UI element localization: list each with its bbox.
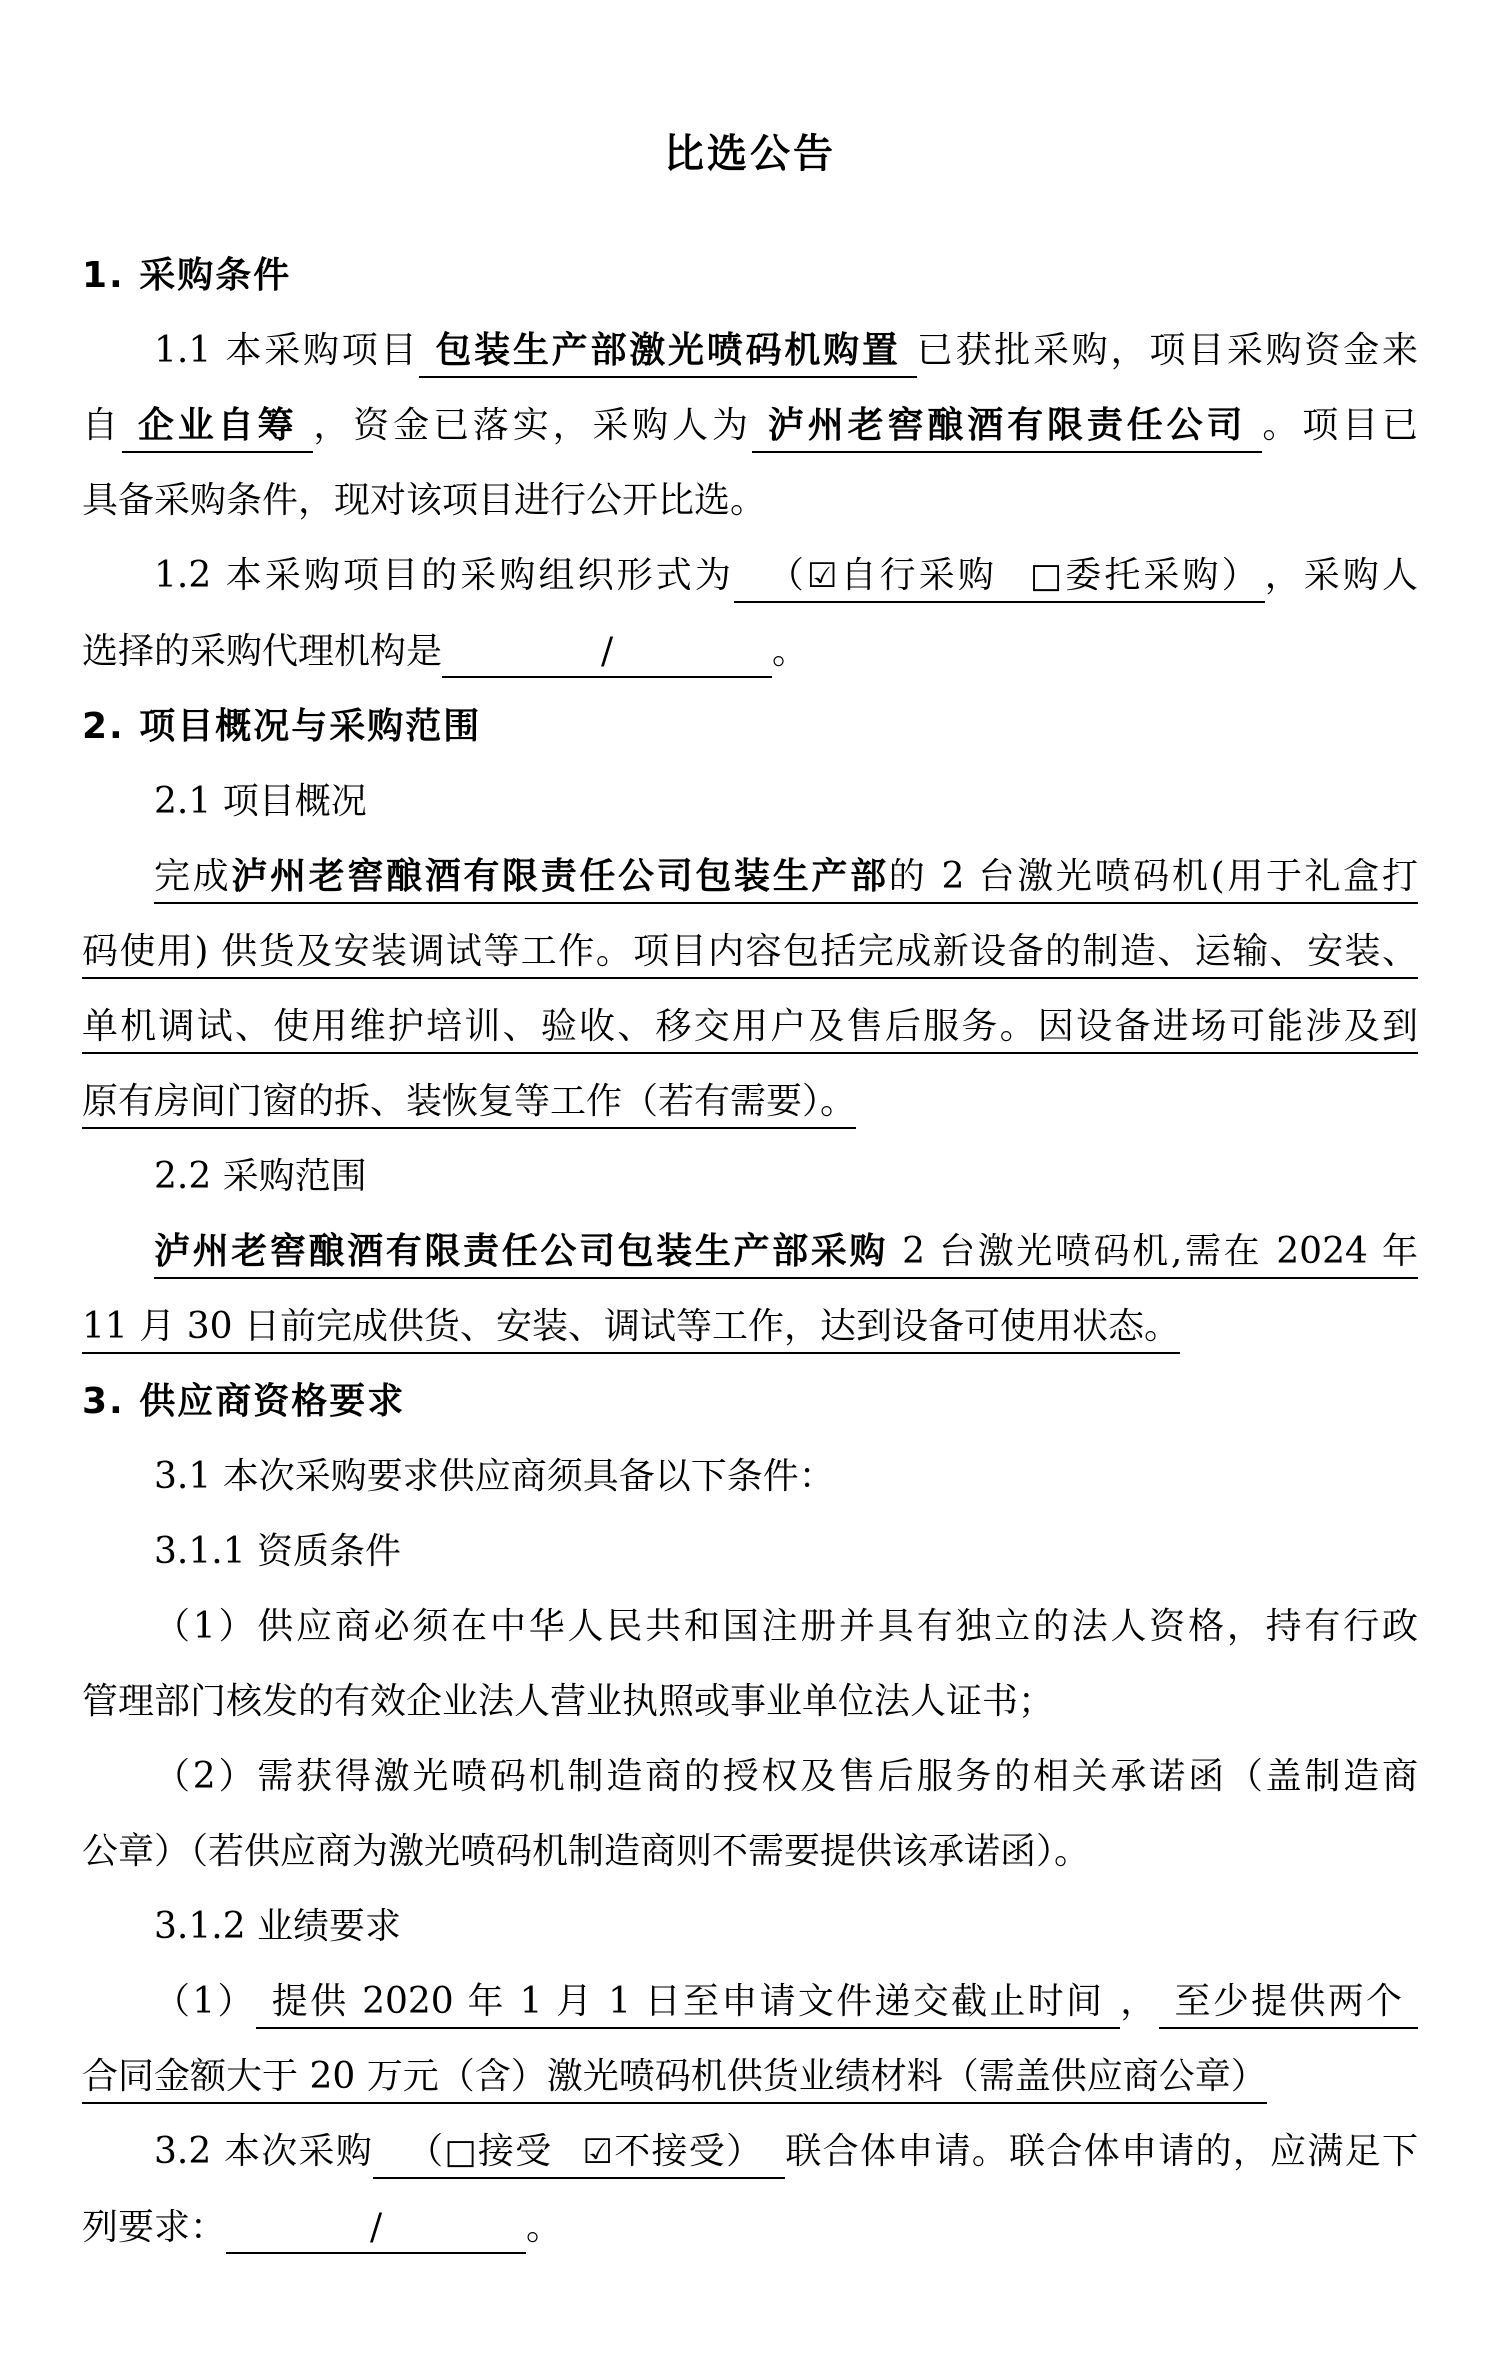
performance-text: ， <box>1120 1981 1158 2022</box>
overview-purchaser-bold: 泸州老窖酿酒有限责任公司包装生产部 <box>231 855 888 904</box>
scope-text: 11 月 30 日前完成供货、安装、调试等工作，达到设备可使用状态。 <box>82 1306 1180 1354</box>
clause-1-1-text: 自 <box>82 405 122 446</box>
qualification-item-1-line-2: 管理部门核发的有效企业法人营业执照或事业单位法人证书； <box>82 1664 1418 1739</box>
section-3-heading: 3. 供应商资格要求 <box>82 1364 1418 1439</box>
clause-3-2-text: 联合体申请。联合体申请的，应满足下 <box>785 2131 1418 2172</box>
performance-text: （1） <box>154 1981 256 2022</box>
clause-1-1-line-3: 具备采购条件，现对该项目进行公开比选。 <box>82 463 1418 538</box>
option-reject-label: 不接受 <box>613 2131 726 2172</box>
qualification-item-2-line-1: （2）需获得激光喷码机制造商的授权及售后服务的相关承诺函（盖制造商 <box>82 1739 1418 1814</box>
scope-text: 2 台激光喷码机,需在 2024 年 <box>888 1231 1418 1279</box>
overview-text: 单机调试、使用维护培训、验收、移交用户及售后服务。因设备进场可能涉及到 <box>82 1006 1418 1054</box>
clause-1-1-text: ，资金已落实，采购人为 <box>313 405 752 446</box>
clause-1-2-line-2: 选择的采购代理机构是/。 <box>82 614 1418 689</box>
close-paren: ） <box>726 2131 763 2172</box>
checkbox-unchecked-icon: □ <box>1027 556 1065 596</box>
clause-1-1-text: 1.1 本采购项目 <box>154 330 419 371</box>
subsection-2-1-heading: 2.1 项目概况 <box>82 764 1418 839</box>
blank-funding-source: 企业自筹 <box>122 404 313 453</box>
clause-3-2-line-2: 列要求：/。 <box>82 2190 1418 2265</box>
project-overview-line-1: 完成泸州老窖酿酒有限责任公司包装生产部的 2 台激光喷码机(用于礼盒打 <box>82 839 1418 914</box>
blank-performance-requirement: 合同金额大于 20 万元（含）激光喷码机供货业绩材料（需盖供应商公章） <box>82 2056 1267 2104</box>
clause-1-1-text: 。项目已 <box>1262 405 1418 446</box>
blank-performance-period: 提供 2020 年 1 月 1 日至申请文件递交截止时间 <box>256 1981 1120 2029</box>
checkbox-checked-icon: ☑ <box>807 556 837 596</box>
clause-1-2-text: 选择的采购代理机构是 <box>82 631 442 672</box>
consortium-options: （□接受☑不接受） <box>373 2131 785 2179</box>
scope-purchaser-bold: 泸州老窖酿酒有限责任公司包装生产部采购 <box>154 1230 888 1279</box>
subsection-2-2-heading: 2.2 采购范围 <box>82 1139 1418 1214</box>
qualification-item-2-line-2: 公章）（若供应商为激光喷码机制造商则不需要提供该承诺函）。 <box>82 1814 1418 1889</box>
subsection-3-1-2-heading: 3.1.2 业绩要求 <box>82 1889 1418 1964</box>
procurement-form-options: （☑自行采购□委托采购） <box>734 555 1265 603</box>
clause-1-2-text: 。 <box>772 631 808 672</box>
clause-3-2-text: 3.2 本次采购 <box>154 2131 373 2172</box>
subsection-3-1-heading: 3.1 本次采购要求供应商须具备以下条件： <box>82 1439 1418 1514</box>
open-paren: （ <box>407 2131 444 2172</box>
clause-3-2-text: 列要求： <box>82 2207 226 2248</box>
document-page: 比选公告 1. 采购条件 1.1 本采购项目包装生产部激光喷码机购置已获批采购，… <box>0 0 1500 2325</box>
clause-1-1-line-1: 1.1 本采购项目包装生产部激光喷码机购置已获批采购，项目采购资金来 <box>82 313 1418 388</box>
clause-1-2-line-1: 1.2 本采购项目的采购组织形式为（☑自行采购□委托采购），采购人 <box>82 538 1418 614</box>
option-entrusted-procurement-label: 委托采购 <box>1065 555 1221 596</box>
blank-performance-requirement: 至少提供两个 <box>1159 1981 1418 2029</box>
blank-purchaser-name: 泸州老窖酿酒有限责任公司 <box>752 404 1262 453</box>
option-self-procurement-label: 自行采购 <box>838 555 997 596</box>
performance-item-1-line-2: 合同金额大于 20 万元（含）激光喷码机供货业绩材料（需盖供应商公章） <box>82 2039 1418 2114</box>
project-overview-line-4: 原有房间门窗的拆、装恢复等工作（若有需要）。 <box>82 1064 1418 1139</box>
project-overview-line-3: 单机调试、使用维护培训、验收、移交用户及售后服务。因设备进场可能涉及到 <box>82 989 1418 1064</box>
overview-text: 码使用) 供货及安装调试等工作。项目内容包括完成新设备的制造、运输、安装、 <box>82 931 1418 979</box>
clause-1-1-text: 已获批采购，项目采购资金来 <box>917 330 1418 371</box>
procurement-scope-line-2: 11 月 30 日前完成供货、安装、调试等工作，达到设备可使用状态。 <box>82 1289 1418 1364</box>
overview-text: 原有房间门窗的拆、装恢复等工作（若有需要）。 <box>82 1081 856 1129</box>
blank-agency-name: / <box>442 628 772 678</box>
overview-text: 完成 <box>154 856 231 904</box>
option-accept-label: 接受 <box>478 2131 553 2172</box>
clause-3-2-text: 。 <box>526 2207 562 2248</box>
document-title: 比选公告 <box>82 112 1418 196</box>
qualification-item-1-line-1: （1）供应商必须在中华人民共和国注册并具有独立的法人资格，持有行政 <box>82 1589 1418 1664</box>
blank-project-name: 包装生产部激光喷码机购置 <box>419 329 916 378</box>
subsection-3-1-1-heading: 3.1.1 资质条件 <box>82 1514 1418 1589</box>
section-1-heading: 1. 采购条件 <box>82 238 1418 313</box>
procurement-scope-line-1: 泸州老窖酿酒有限责任公司包装生产部采购 2 台激光喷码机,需在 2024 年 <box>82 1214 1418 1289</box>
checkbox-checked-icon: ☑ <box>582 2132 612 2172</box>
clause-1-2-text: 1.2 本采购项目的采购组织形式为 <box>154 555 734 596</box>
performance-item-1-line-1: （1）提供 2020 年 1 月 1 日至申请文件递交截止时间，至少提供两个 <box>82 1964 1418 2039</box>
clause-1-1-line-2: 自企业自筹，资金已落实，采购人为泸州老窖酿酒有限责任公司。项目已 <box>82 388 1418 463</box>
checkbox-unchecked-icon: □ <box>444 2132 477 2172</box>
clause-3-2-line-1: 3.2 本次采购（□接受☑不接受）联合体申请。联合体申请的，应满足下 <box>82 2114 1418 2190</box>
close-paren: ） <box>1222 555 1243 596</box>
overview-text: 的 2 台激光喷码机(用于礼盒打 <box>889 856 1418 904</box>
open-paren: （ <box>768 555 807 596</box>
section-2-heading: 2. 项目概况与采购范围 <box>82 689 1418 764</box>
project-overview-line-2: 码使用) 供货及安装调试等工作。项目内容包括完成新设备的制造、运输、安装、 <box>82 914 1418 989</box>
blank-consortium-requirements: / <box>226 2204 526 2254</box>
clause-1-2-text: ，采购人 <box>1265 555 1418 596</box>
